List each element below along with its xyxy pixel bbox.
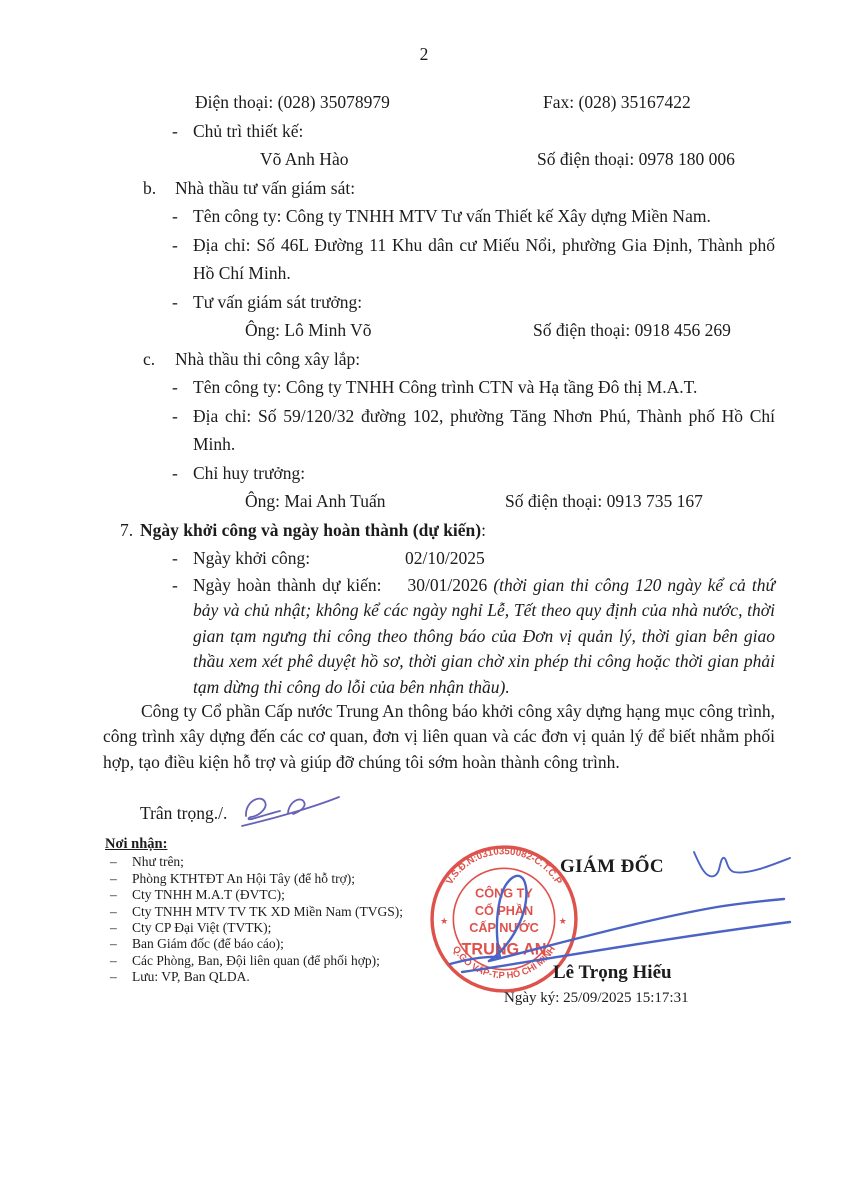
section-c: c.Nhà thầu thi công xây lắp: Tên công ty… [0,345,848,516]
design-lead-bullet: Chủ trì thiết kế: [193,117,775,146]
document-body: Điện thoại: (028) 35078979 Fax: (028) 35… [0,88,848,827]
recipient-item: Ban Giám đốc (để báo cáo); [105,936,465,952]
section-b-title-text: Nhà thầu tư vấn giám sát: [175,178,355,198]
section-b-item: Địa chỉ: Số 46L Đường 11 Khu dân cư Miếu… [193,231,775,288]
supervisor-name: Ông: Lô Minh Võ [245,316,372,345]
section-b-title: b.Nhà thầu tư vấn giám sát: [0,174,848,203]
recipients-heading: Nơi nhận: [105,836,465,852]
section-b-marker: b. [143,174,175,203]
signer-name: Lê Trọng Hiếu [553,962,672,984]
section-b-item: Tư vấn giám sát trưởng: [193,288,775,317]
section-b: b.Nhà thầu tư vấn giám sát: Tên công ty:… [0,174,848,345]
regards-line: Trân trọng./. [0,799,848,828]
commander-phone: Số điện thoại: 0913 735 167 [505,487,703,516]
start-date-label: Ngày khởi công: [193,548,310,568]
initial-signature [234,788,344,833]
designer-name: Võ Anh Hào [260,145,348,174]
supervisor-row: Ông: Lô Minh Võ Số điện thoại: 0918 456 … [0,316,848,345]
start-date-value: 02/10/2025 [405,544,485,573]
section-b-items: Tên công ty: Công ty TNHH MTV Tư vấn Thi… [0,202,848,316]
recipient-item: Phòng KTHTĐT An Hội Tây (để hỗ trợ); [105,871,465,887]
section-b-item: Tên công ty: Công ty TNHH MTV Tư vấn Thi… [193,202,775,231]
page-number: 2 [0,44,848,65]
closing-paragraph: Công ty Cổ phần Cấp nước Trung An thông … [103,699,775,802]
designer-phone: Số điện thoại: 0978 180 006 [537,145,735,174]
recipient-item: Lưu: VP, Ban QLDA. [105,969,465,985]
recipient-item: Các Phòng, Ban, Đội liên quan (để phối h… [105,953,465,969]
contact-phone: Điện thoại: (028) 35078979 [195,88,390,117]
finish-date-paragraph: Ngày hoàn thành dự kiến:30/01/2026 (thời… [193,573,775,701]
recipient-item: Cty TNHH MTV TV TK XD Miền Nam (TVGS); [105,904,465,920]
contact-fax: Fax: (028) 35167422 [543,88,691,117]
commander-row: Ông: Mai Anh Tuấn Số điện thoại: 0913 73… [0,487,848,516]
signing-date: Ngày ký: 25/09/2025 15:17:31 [504,990,689,1007]
commander-name: Ông: Mai Anh Tuấn [245,487,386,516]
section-c-marker: c. [143,345,175,374]
section-c-item: Chỉ huy trưởng: [193,459,775,488]
section-c-item: Địa chỉ: Số 59/120/32 đường 102, phường … [193,402,775,459]
supervisor-phone: Số điện thoại: 0918 456 269 [533,316,731,345]
finish-date-label: Ngày hoàn thành dự kiến: [193,575,382,595]
recipient-item: Cty CP Đại Việt (TVTK); [105,920,465,936]
recipient-item: Cty TNHH M.A.T (ĐVTC); [105,887,465,903]
section-c-item: Tên công ty: Công ty TNHH Công trình CTN… [193,373,775,402]
section-7-marker: 7. [120,516,140,545]
section-c-title: c.Nhà thầu thi công xây lắp: [0,345,848,374]
finish-date-value: 30/01/2026 [408,575,488,595]
initial-signature-icon [234,788,344,833]
section-7-title: 7.Ngày khởi công và ngày hoàn thành (dự … [0,516,848,545]
start-date-row: Ngày khởi công: 02/10/2025 [193,544,775,573]
recipient-item: Như trên; [105,854,465,870]
section-c-title-text: Nhà thầu thi công xây lắp: [175,349,360,369]
design-lead-row: Võ Anh Hào Số điện thoại: 0978 180 006 [0,145,848,174]
contact-row: Điện thoại: (028) 35078979 Fax: (028) 35… [0,88,848,117]
section-c-items: Tên công ty: Công ty TNHH Công trình CTN… [0,373,848,487]
recipients-list: Như trên;Phòng KTHTĐT An Hội Tây (để hỗ … [105,854,465,985]
recipients-block: Nơi nhận: Như trên;Phòng KTHTĐT An Hội T… [105,836,465,986]
section-7-title-text: Ngày khởi công và ngày hoàn thành (dự ki… [140,520,481,540]
section-7: 7.Ngày khởi công và ngày hoàn thành (dự … [0,516,848,701]
document-page: 2 Điện thoại: (028) 35078979 Fax: (028) … [0,0,848,1200]
section-7-colon: : [481,520,486,540]
